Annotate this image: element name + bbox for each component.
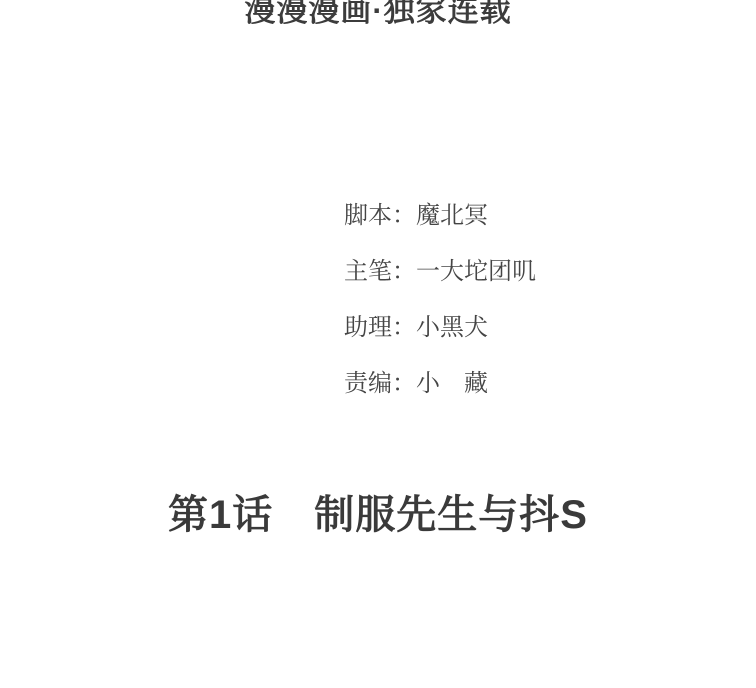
credit-role-label: 助理： <box>344 314 416 342</box>
credit-name: 小 藏 <box>416 370 488 398</box>
credit-role-label: 脚本： <box>344 202 416 230</box>
series-banner: 漫漫漫画·独家连载 <box>0 0 756 28</box>
credit-line-script: 脚本：魔北冥 <box>304 174 536 202</box>
credit-name: 一大坨团叽 <box>416 258 536 286</box>
chapter-title: 第1话 制服先生与抖S <box>0 491 756 539</box>
credit-role-label: 主笔： <box>344 258 416 286</box>
credit-name: 小黑犬 <box>416 314 488 342</box>
credit-line-assistant: 助理：小黑犬 <box>304 286 536 314</box>
comic-title-page: 漫漫漫画·独家连载 脚本：魔北冥 主笔：一大坨团叽 助理：小黑犬 责编：小 藏 … <box>0 0 756 688</box>
credits-block: 脚本：魔北冥 主笔：一大坨团叽 助理：小黑犬 责编：小 藏 <box>304 174 536 398</box>
credit-line-editor: 责编：小 藏 <box>304 342 536 370</box>
credit-role-label: 责编： <box>344 370 416 398</box>
credit-line-artist: 主笔：一大坨团叽 <box>304 230 536 258</box>
credit-name: 魔北冥 <box>416 202 488 230</box>
